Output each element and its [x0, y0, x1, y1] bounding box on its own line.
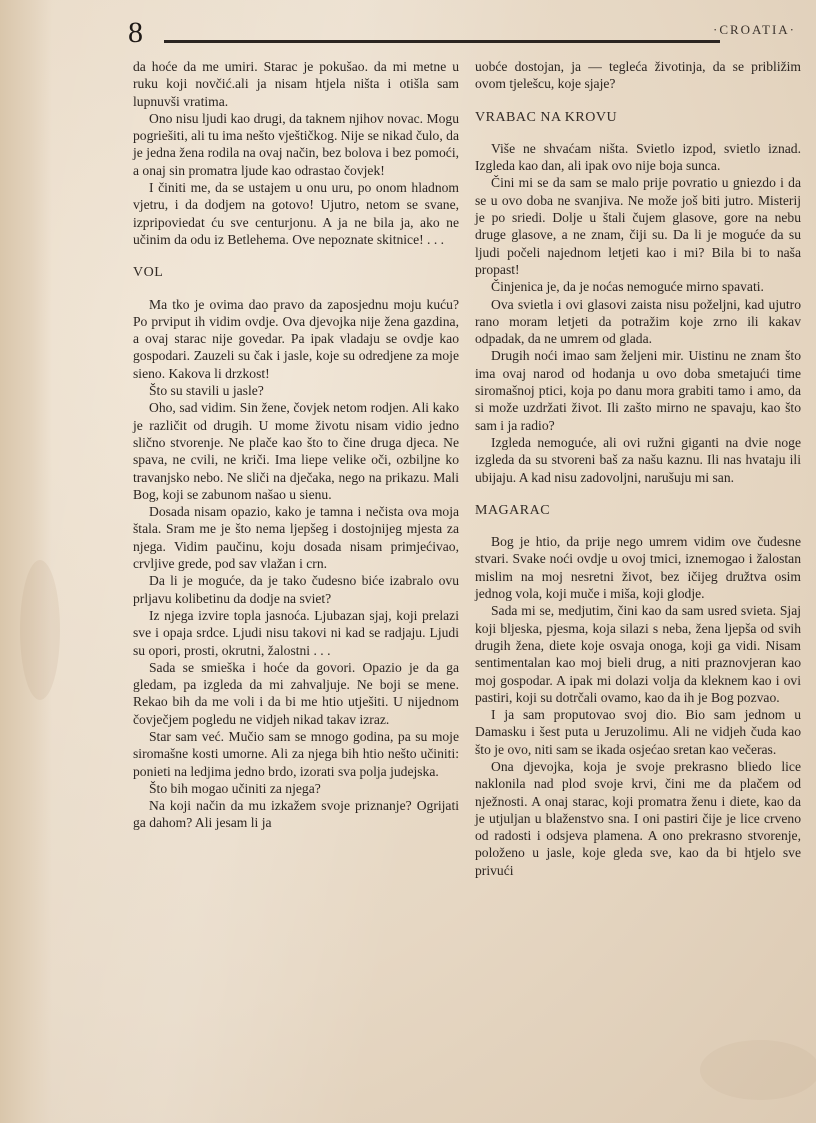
paragraph: Dosada nisam opazio, kako je tamna i neč… — [133, 503, 459, 572]
paragraph: Ona djevojka, koja je svoje prekrasno bl… — [475, 758, 801, 879]
page-header: 8 ·CROATIA· — [128, 18, 800, 48]
masthead: ·CROATIA· — [713, 22, 796, 38]
paragraph: Što bih mogao učiniti za njega? — [133, 780, 459, 797]
paragraph: Star sam već. Mučio sam se mnogo godina,… — [133, 728, 459, 780]
paragraph: Oho, sad vidim. Sin žene, čovjek netom r… — [133, 399, 459, 503]
paragraph: Na koji način da mu izkažem svoje prizna… — [133, 797, 459, 832]
section-heading-vrabac: VRABAC NA KROVU — [475, 109, 801, 126]
paragraph: Ono nisu ljudi kao drugi, da taknem njih… — [133, 110, 459, 179]
section-heading-vol: VOL — [133, 264, 459, 281]
paragraph: Čini mi se da sam se malo prije povratio… — [475, 174, 801, 278]
paragraph: Više ne shvaćam ništa. Svietlo izpod, sv… — [475, 140, 801, 175]
paragraph: Što su stavili u jasle? — [133, 382, 459, 399]
paragraph: Sada se smieška i hoće da govori. Opazio… — [133, 659, 459, 728]
paragraph: Ma tko je ovima dao pravo da zaposjednu … — [133, 296, 459, 382]
paragraph: Da li je moguće, da je tako čudesno biće… — [133, 572, 459, 607]
paragraph: Izgleda nemoguće, ali ovi ružni giganti … — [475, 434, 801, 486]
paragraph: Iz njega izvire topla jasnoća. Ljubazan … — [133, 607, 459, 659]
paragraph: uobće dostojan, ja — tegleća životinja, … — [475, 58, 801, 93]
right-column: uobće dostojan, ja — tegleća životinja, … — [475, 58, 801, 879]
paragraph: I činiti me, da se ustajem u onu uru, po… — [133, 179, 459, 248]
paragraph: da hoće da me umiri. Starac je pokušao. … — [133, 58, 459, 110]
paragraph: I ja sam proputovao svoj dio. Bio sam je… — [475, 706, 801, 758]
paragraph: Bog je htio, da prije nego umrem vidim o… — [475, 533, 801, 602]
section-heading-magarac: MAGARAC — [475, 502, 801, 519]
paragraph: Sada mi se, medjutim, čini kao da sam us… — [475, 602, 801, 706]
left-column: da hoće da me umiri. Starac je pokušao. … — [133, 58, 459, 832]
paragraph: Činjenica je, da je noćas nemoguće mirno… — [475, 278, 801, 295]
paragraph: Drugih noći imao sam željeni mir. Uistin… — [475, 347, 801, 433]
paragraph: Ova svietla i ovi glasovi zaista nisu po… — [475, 296, 801, 348]
page-edge-shadow — [0, 0, 52, 1123]
page-number: 8 — [128, 16, 143, 50]
header-rule — [164, 40, 720, 43]
